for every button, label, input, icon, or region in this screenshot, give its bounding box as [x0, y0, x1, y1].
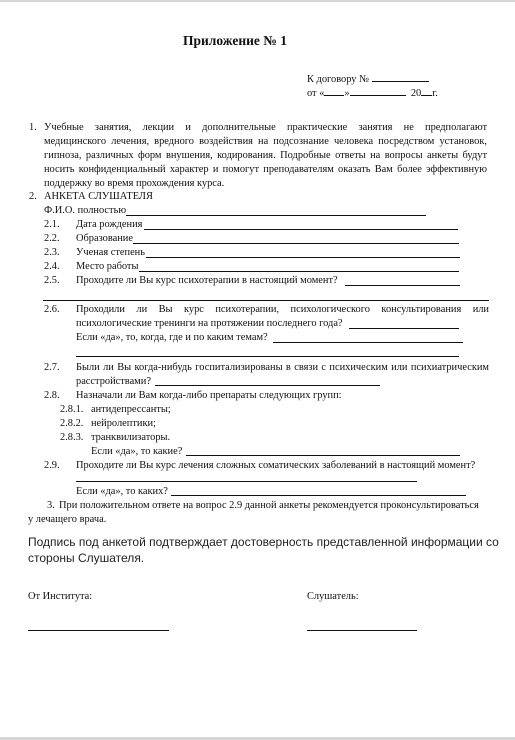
field-number-2-6: 2.6. — [44, 303, 60, 317]
item1-line-4: носить конфиденциальный характер и помог… — [44, 163, 487, 177]
contract-number-field[interactable] — [372, 70, 429, 82]
document-title: Приложение № 1 — [0, 33, 470, 49]
q28-followup-label: Если «да», то какие? — [91, 445, 182, 459]
q29-followup-label: Если «да», то каких? — [76, 485, 168, 499]
q25-label: Проходите ли Вы курс психотерапии в наст… — [76, 274, 338, 288]
field-number-2-9: 2.9. — [44, 459, 60, 473]
subitem-number-2-8-3: 2.8.3. — [60, 431, 83, 445]
field-number-2-8: 2.8. — [44, 389, 60, 403]
q26-line-2: психологические тренинги на протяжении п… — [76, 317, 343, 331]
item3-line-1: При положительном ответе на вопрос 2.9 д… — [59, 499, 479, 513]
institute-signature-label: От Института: — [28, 590, 92, 604]
q28-text: Назначали ли Вам когда-либо препараты сл… — [76, 389, 342, 403]
education-field[interactable] — [133, 243, 459, 244]
date-year-field[interactable] — [421, 84, 432, 96]
subitem-number-2-8-1: 2.8.1. — [60, 403, 83, 417]
item2-number: 2. — [29, 190, 37, 204]
item1-line-1: Учебные занятия, лекции и дополнительные… — [44, 121, 487, 135]
subitem-tranquilizers: транквилизаторы. — [91, 431, 170, 445]
subitem-antidepressants: антидепрессанты; — [91, 403, 171, 417]
item3-line-2: у лечащего врача. — [28, 513, 106, 527]
q25-answer-field[interactable] — [345, 285, 460, 286]
subitem-number-2-8-2: 2.8.2. — [60, 417, 83, 431]
field-number-2-7: 2.7. — [44, 361, 60, 375]
field-number-2-3: 2.3. — [44, 246, 60, 260]
q26-details-field-extra[interactable] — [76, 356, 459, 357]
field-number-2-4: 2.4. — [44, 260, 60, 274]
q29-followup-field[interactable] — [171, 495, 466, 496]
date-year-prefix: 20 — [411, 88, 421, 99]
subitem-neuroleptics: нейролептики; — [91, 417, 156, 431]
confirmation-line-1: Подпись под анкетой подтверждает достове… — [28, 534, 499, 550]
q27-answer-field[interactable] — [155, 385, 380, 386]
questionnaire-heading: АНКЕТА СЛУШАТЕЛЯ — [44, 190, 153, 204]
fio-field[interactable] — [126, 215, 426, 216]
q27-line-1: Были ли Вы когда-нибудь госпитализирован… — [76, 361, 489, 375]
contract-date-line: от «» 20г. — [307, 84, 438, 101]
date-prefix: от « — [307, 88, 324, 99]
item1-number: 1. — [29, 121, 37, 135]
field-number-2-5: 2.5. — [44, 274, 60, 288]
q26-line-1: Проходили ли Вы курс психотерапии, психо… — [76, 303, 489, 317]
birth-date-label: Дата рождения — [76, 218, 142, 232]
birth-date-field[interactable] — [144, 229, 458, 230]
degree-field[interactable] — [146, 257, 460, 258]
item1-line-3: гипноза, различных форм внушения, кодиро… — [44, 149, 487, 163]
degree-label: Ученая степень — [76, 246, 145, 260]
item3-number: 3. — [47, 499, 55, 513]
workplace-label: Место работы — [76, 260, 138, 274]
q29-answer-field[interactable] — [76, 481, 417, 482]
student-signature-label: Слушатель: — [307, 590, 359, 604]
field-number-2-2: 2.2. — [44, 232, 60, 246]
institute-signature-field[interactable] — [28, 630, 169, 631]
q27-line-2: расстройствами? — [76, 375, 151, 389]
date-month-field[interactable] — [350, 84, 406, 96]
item1-line-5: поддержку во время прохождения курса. — [44, 177, 224, 191]
page-top-edge — [0, 0, 515, 2]
q25-answer-field-extra[interactable] — [43, 300, 489, 301]
workplace-field[interactable] — [139, 271, 459, 272]
q26-line-3: Если «да», то, когда, где и по каким тем… — [76, 331, 268, 345]
q26-details-field[interactable] — [273, 342, 463, 343]
confirmation-line-2: стороны Слушателя. — [28, 550, 144, 566]
fio-label: Ф.И.О. полностью — [44, 204, 126, 218]
q26-answer-field[interactable] — [349, 328, 459, 329]
education-label: Образование — [76, 232, 133, 246]
student-signature-field[interactable] — [307, 630, 417, 631]
field-number-2-1: 2.1. — [44, 218, 60, 232]
date-suffix: г. — [432, 88, 438, 99]
q29-text: Проходите ли Вы курс лечения сложных сом… — [76, 459, 475, 473]
date-day-field[interactable] — [324, 84, 344, 96]
item1-line-2: медицинского лечения, вредного воздейств… — [44, 135, 487, 149]
q28-followup-field[interactable] — [186, 455, 460, 456]
